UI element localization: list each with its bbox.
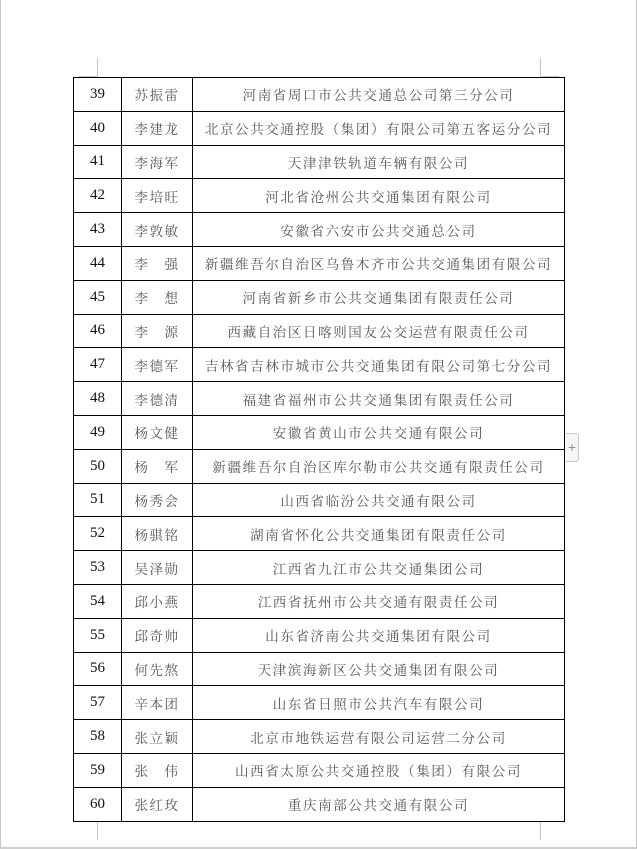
table-row: 50 杨 军 新疆维吾尔自治区库尔勒市公共交通有限责任公司 [74, 449, 565, 483]
row-number[interactable]: 45 [74, 280, 122, 314]
organization-name[interactable]: 天津津铁轨道车辆有限公司 [193, 145, 565, 179]
table-row: 52 杨骐铭 湖南省怀化公共交通集团有限责任公司 [74, 517, 565, 551]
row-number[interactable]: 60 [74, 787, 122, 821]
row-number[interactable]: 57 [74, 686, 122, 720]
row-number[interactable]: 46 [74, 314, 122, 348]
person-name[interactable]: 李德清 [122, 382, 193, 416]
person-name[interactable]: 吴泽勋 [122, 551, 193, 585]
organization-name[interactable]: 山东省日照市公共汽车有限公司 [193, 686, 565, 720]
roster-table-body: 39 苏振雷 河南省周口市公共交通总公司第三分公司 40 李建龙 北京公共交通控… [74, 78, 565, 822]
person-name[interactable]: 张 伟 [122, 753, 193, 787]
row-number[interactable]: 49 [74, 415, 122, 449]
person-name[interactable]: 李敦敏 [122, 213, 193, 247]
organization-name[interactable]: 重庆南部公共交通有限公司 [193, 787, 565, 821]
organization-name[interactable]: 山西省太原公共交通控股（集团）有限公司 [193, 753, 565, 787]
table-row: 47 李德军 吉林省吉林市城市公共交通集团有限公司第七分公司 [74, 348, 565, 382]
margin-mark-bottom-left-v [97, 821, 98, 840]
table-row: 43 李敦敏 安徽省六安市公共交通总公司 [74, 213, 565, 247]
table-row: 44 李 强 新疆维吾尔自治区乌鲁木齐市公共交通集团有限公司 [74, 246, 565, 280]
table-row: 55 邱奇帅 山东省济南公共交通集团有限公司 [74, 618, 565, 652]
row-number[interactable]: 50 [74, 449, 122, 483]
add-row-button[interactable]: + [566, 433, 579, 462]
person-name[interactable]: 苏振雷 [122, 78, 193, 112]
row-number[interactable]: 48 [74, 382, 122, 416]
person-name[interactable]: 杨秀会 [122, 483, 193, 517]
organization-name[interactable]: 天津滨海新区公共交通集团有限公司 [193, 652, 565, 686]
row-number[interactable]: 47 [74, 348, 122, 382]
person-name[interactable]: 杨文健 [122, 415, 193, 449]
person-name[interactable]: 张红玫 [122, 787, 193, 821]
organization-name[interactable]: 北京公共交通控股（集团）有限公司第五客运分公司 [193, 111, 565, 145]
organization-name[interactable]: 新疆维吾尔自治区乌鲁木齐市公共交通集团有限公司 [193, 246, 565, 280]
row-number[interactable]: 52 [74, 517, 122, 551]
organization-name[interactable]: 湖南省怀化公共交通集团有限责任公司 [193, 517, 565, 551]
row-number[interactable]: 56 [74, 652, 122, 686]
table-row: 41 李海军 天津津铁轨道车辆有限公司 [74, 145, 565, 179]
table-row: 58 张立颖 北京市地铁运营有限公司运营二分公司 [74, 720, 565, 754]
table-row: 54 邱小燕 江西省抚州市公共交通有限责任公司 [74, 584, 565, 618]
person-name[interactable]: 李德军 [122, 348, 193, 382]
person-name[interactable]: 何先熬 [122, 652, 193, 686]
person-name[interactable]: 张立颖 [122, 720, 193, 754]
margin-mark-bottom-right-v [540, 821, 541, 840]
organization-name[interactable]: 新疆维吾尔自治区库尔勒市公共交通有限责任公司 [193, 449, 565, 483]
table-row: 51 杨秀会 山西省临汾公共交通有限公司 [74, 483, 565, 517]
organization-name[interactable]: 山东省济南公共交通集团有限公司 [193, 618, 565, 652]
person-name[interactable]: 李建龙 [122, 111, 193, 145]
table-row: 49 杨文健 安徽省黄山市公共交通有限公司 [74, 415, 565, 449]
person-name[interactable]: 邱奇帅 [122, 618, 193, 652]
row-number[interactable]: 51 [74, 483, 122, 517]
organization-name[interactable]: 江西省九江市公共交通集团公司 [193, 551, 565, 585]
table-row: 39 苏振雷 河南省周口市公共交通总公司第三分公司 [74, 78, 565, 112]
organization-name[interactable]: 福建省福州市公共交通集团有限责任公司 [193, 382, 565, 416]
table-row: 48 李德清 福建省福州市公共交通集团有限责任公司 [74, 382, 565, 416]
row-number[interactable]: 41 [74, 145, 122, 179]
row-number[interactable]: 53 [74, 551, 122, 585]
organization-name[interactable]: 山西省临汾公共交通有限公司 [193, 483, 565, 517]
organization-name[interactable]: 安徽省黄山市公共交通有限公司 [193, 415, 565, 449]
person-name[interactable]: 邱小燕 [122, 584, 193, 618]
organization-name[interactable]: 河北省沧州公共交通集团有限公司 [193, 179, 565, 213]
row-number[interactable]: 39 [74, 78, 122, 112]
row-number[interactable]: 55 [74, 618, 122, 652]
person-name[interactable]: 李海军 [122, 145, 193, 179]
organization-name[interactable]: 河南省新乡市公共交通集团有限责任公司 [193, 280, 565, 314]
row-number[interactable]: 43 [74, 213, 122, 247]
person-name[interactable]: 辛本团 [122, 686, 193, 720]
person-name[interactable]: 李培旺 [122, 179, 193, 213]
person-name[interactable]: 李 想 [122, 280, 193, 314]
margin-mark-top-right-v [540, 58, 541, 77]
table-row: 45 李 想 河南省新乡市公共交通集团有限责任公司 [74, 280, 565, 314]
person-name[interactable]: 杨 军 [122, 449, 193, 483]
organization-name[interactable]: 安徽省六安市公共交通总公司 [193, 213, 565, 247]
row-number[interactable]: 42 [74, 179, 122, 213]
table-row: 42 李培旺 河北省沧州公共交通集团有限公司 [74, 179, 565, 213]
person-name[interactable]: 李 源 [122, 314, 193, 348]
row-number[interactable]: 40 [74, 111, 122, 145]
person-name[interactable]: 杨骐铭 [122, 517, 193, 551]
table-row: 57 辛本团 山东省日照市公共汽车有限公司 [74, 686, 565, 720]
table-row: 59 张 伟 山西省太原公共交通控股（集团）有限公司 [74, 753, 565, 787]
organization-name[interactable]: 江西省抚州市公共交通有限责任公司 [193, 584, 565, 618]
table-row: 53 吴泽勋 江西省九江市公共交通集团公司 [74, 551, 565, 585]
row-number[interactable]: 54 [74, 584, 122, 618]
organization-name[interactable]: 北京市地铁运营有限公司运营二分公司 [193, 720, 565, 754]
organization-name[interactable]: 河南省周口市公共交通总公司第三分公司 [193, 78, 565, 112]
table-row: 56 何先熬 天津滨海新区公共交通集团有限公司 [74, 652, 565, 686]
row-number[interactable]: 44 [74, 246, 122, 280]
table-row: 40 李建龙 北京公共交通控股（集团）有限公司第五客运分公司 [74, 111, 565, 145]
roster-table: 39 苏振雷 河南省周口市公共交通总公司第三分公司 40 李建龙 北京公共交通控… [73, 77, 565, 822]
margin-mark-top-left-v [97, 58, 98, 77]
table-row: 60 张红玫 重庆南部公共交通有限公司 [74, 787, 565, 821]
person-name[interactable]: 李 强 [122, 246, 193, 280]
table-row: 46 李 源 西藏自治区日喀则国友公交运营有限责任公司 [74, 314, 565, 348]
organization-name[interactable]: 吉林省吉林市城市公共交通集团有限公司第七分公司 [193, 348, 565, 382]
row-number[interactable]: 58 [74, 720, 122, 754]
document-page: 39 苏振雷 河南省周口市公共交通总公司第三分公司 40 李建龙 北京公共交通控… [0, 0, 637, 849]
organization-name[interactable]: 西藏自治区日喀则国友公交运营有限责任公司 [193, 314, 565, 348]
row-number[interactable]: 59 [74, 753, 122, 787]
